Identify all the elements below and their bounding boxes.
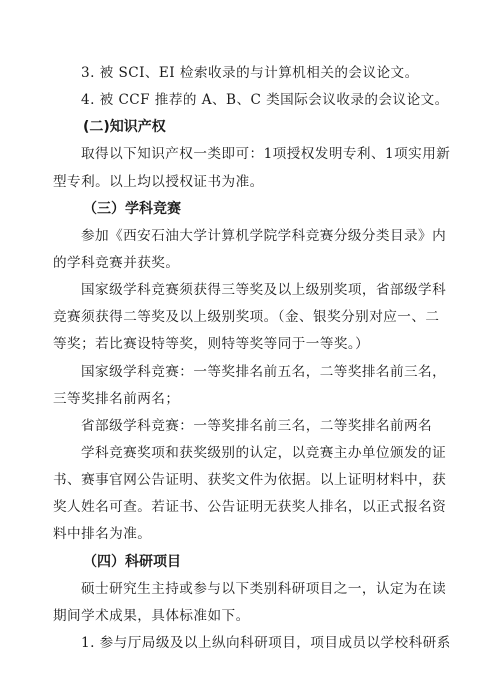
paragraph-line: 奖人姓名可查。若证书、公告证明无获奖人排名，以正式报名资 xyxy=(53,494,449,521)
paragraph-line: 料中排名为准。 xyxy=(53,521,449,548)
paragraph-line: 书、赛事官网公告证明、获奖文件为依据。以上证明材料中，获 xyxy=(53,467,449,494)
paragraph-line: 参加《西安石油大学计算机学院学科竞赛分级分类目录》内 xyxy=(53,223,449,250)
paragraph-line: 学科竞赛奖项和获奖级别的认定，以竞赛主办单位颁发的证 xyxy=(53,440,449,467)
list-item-research-project: 1. 参与厅局级及以上纵向科研项目，项目成员以学校科研系 xyxy=(53,630,449,657)
paragraph-line: 竞赛须获得二等奖及以上级别奖项。（金、银奖分别对应一、二 xyxy=(53,304,449,331)
paragraph-line: 国家级学科竞赛须获得三等奖及以上级别奖项，省部级学科 xyxy=(53,277,449,304)
section-heading-intellectual-property: (二)知识产权 xyxy=(53,114,449,141)
paragraph-line: 等奖；若比赛设特等奖，则特等奖等同于一等奖。） xyxy=(53,331,449,358)
paragraph-line: 三等奖排名前两名； xyxy=(53,386,449,413)
section-heading-research-projects: （四）科研项目 xyxy=(53,549,449,576)
paragraph-line: 省部级学科竞赛：一等奖排名前三名，二等奖排名前两名 xyxy=(53,413,449,440)
document-page: 3. 被 SCI、EI 检索收录的与计算机相关的会议论文。 4. 被 CCF 推… xyxy=(53,60,449,657)
paragraph-line: 期间学术成果，具体标准如下。 xyxy=(53,603,449,630)
list-item-ccf-papers: 4. 被 CCF 推荐的 A、B、C 类国际会议收录的会议论文。 xyxy=(53,87,449,114)
paragraph-line: 硕士研究生主持或参与以下类别科研项目之一，认定为在读 xyxy=(53,576,449,603)
paragraph-line: 型专利。以上均以授权证书为准。 xyxy=(53,169,449,196)
paragraph-line: 取得以下知识产权一类即可：1项授权发明专利、1项实用新 xyxy=(53,141,449,168)
paragraph-line: 国家级学科竞赛：一等奖排名前五名，二等奖排名前三名， xyxy=(53,359,449,386)
list-item-sci-ei-papers: 3. 被 SCI、EI 检索收录的与计算机相关的会议论文。 xyxy=(53,60,449,87)
section-heading-competitions: （三）学科竞赛 xyxy=(53,196,449,223)
paragraph-line: 的学科竞赛并获奖。 xyxy=(53,250,449,277)
